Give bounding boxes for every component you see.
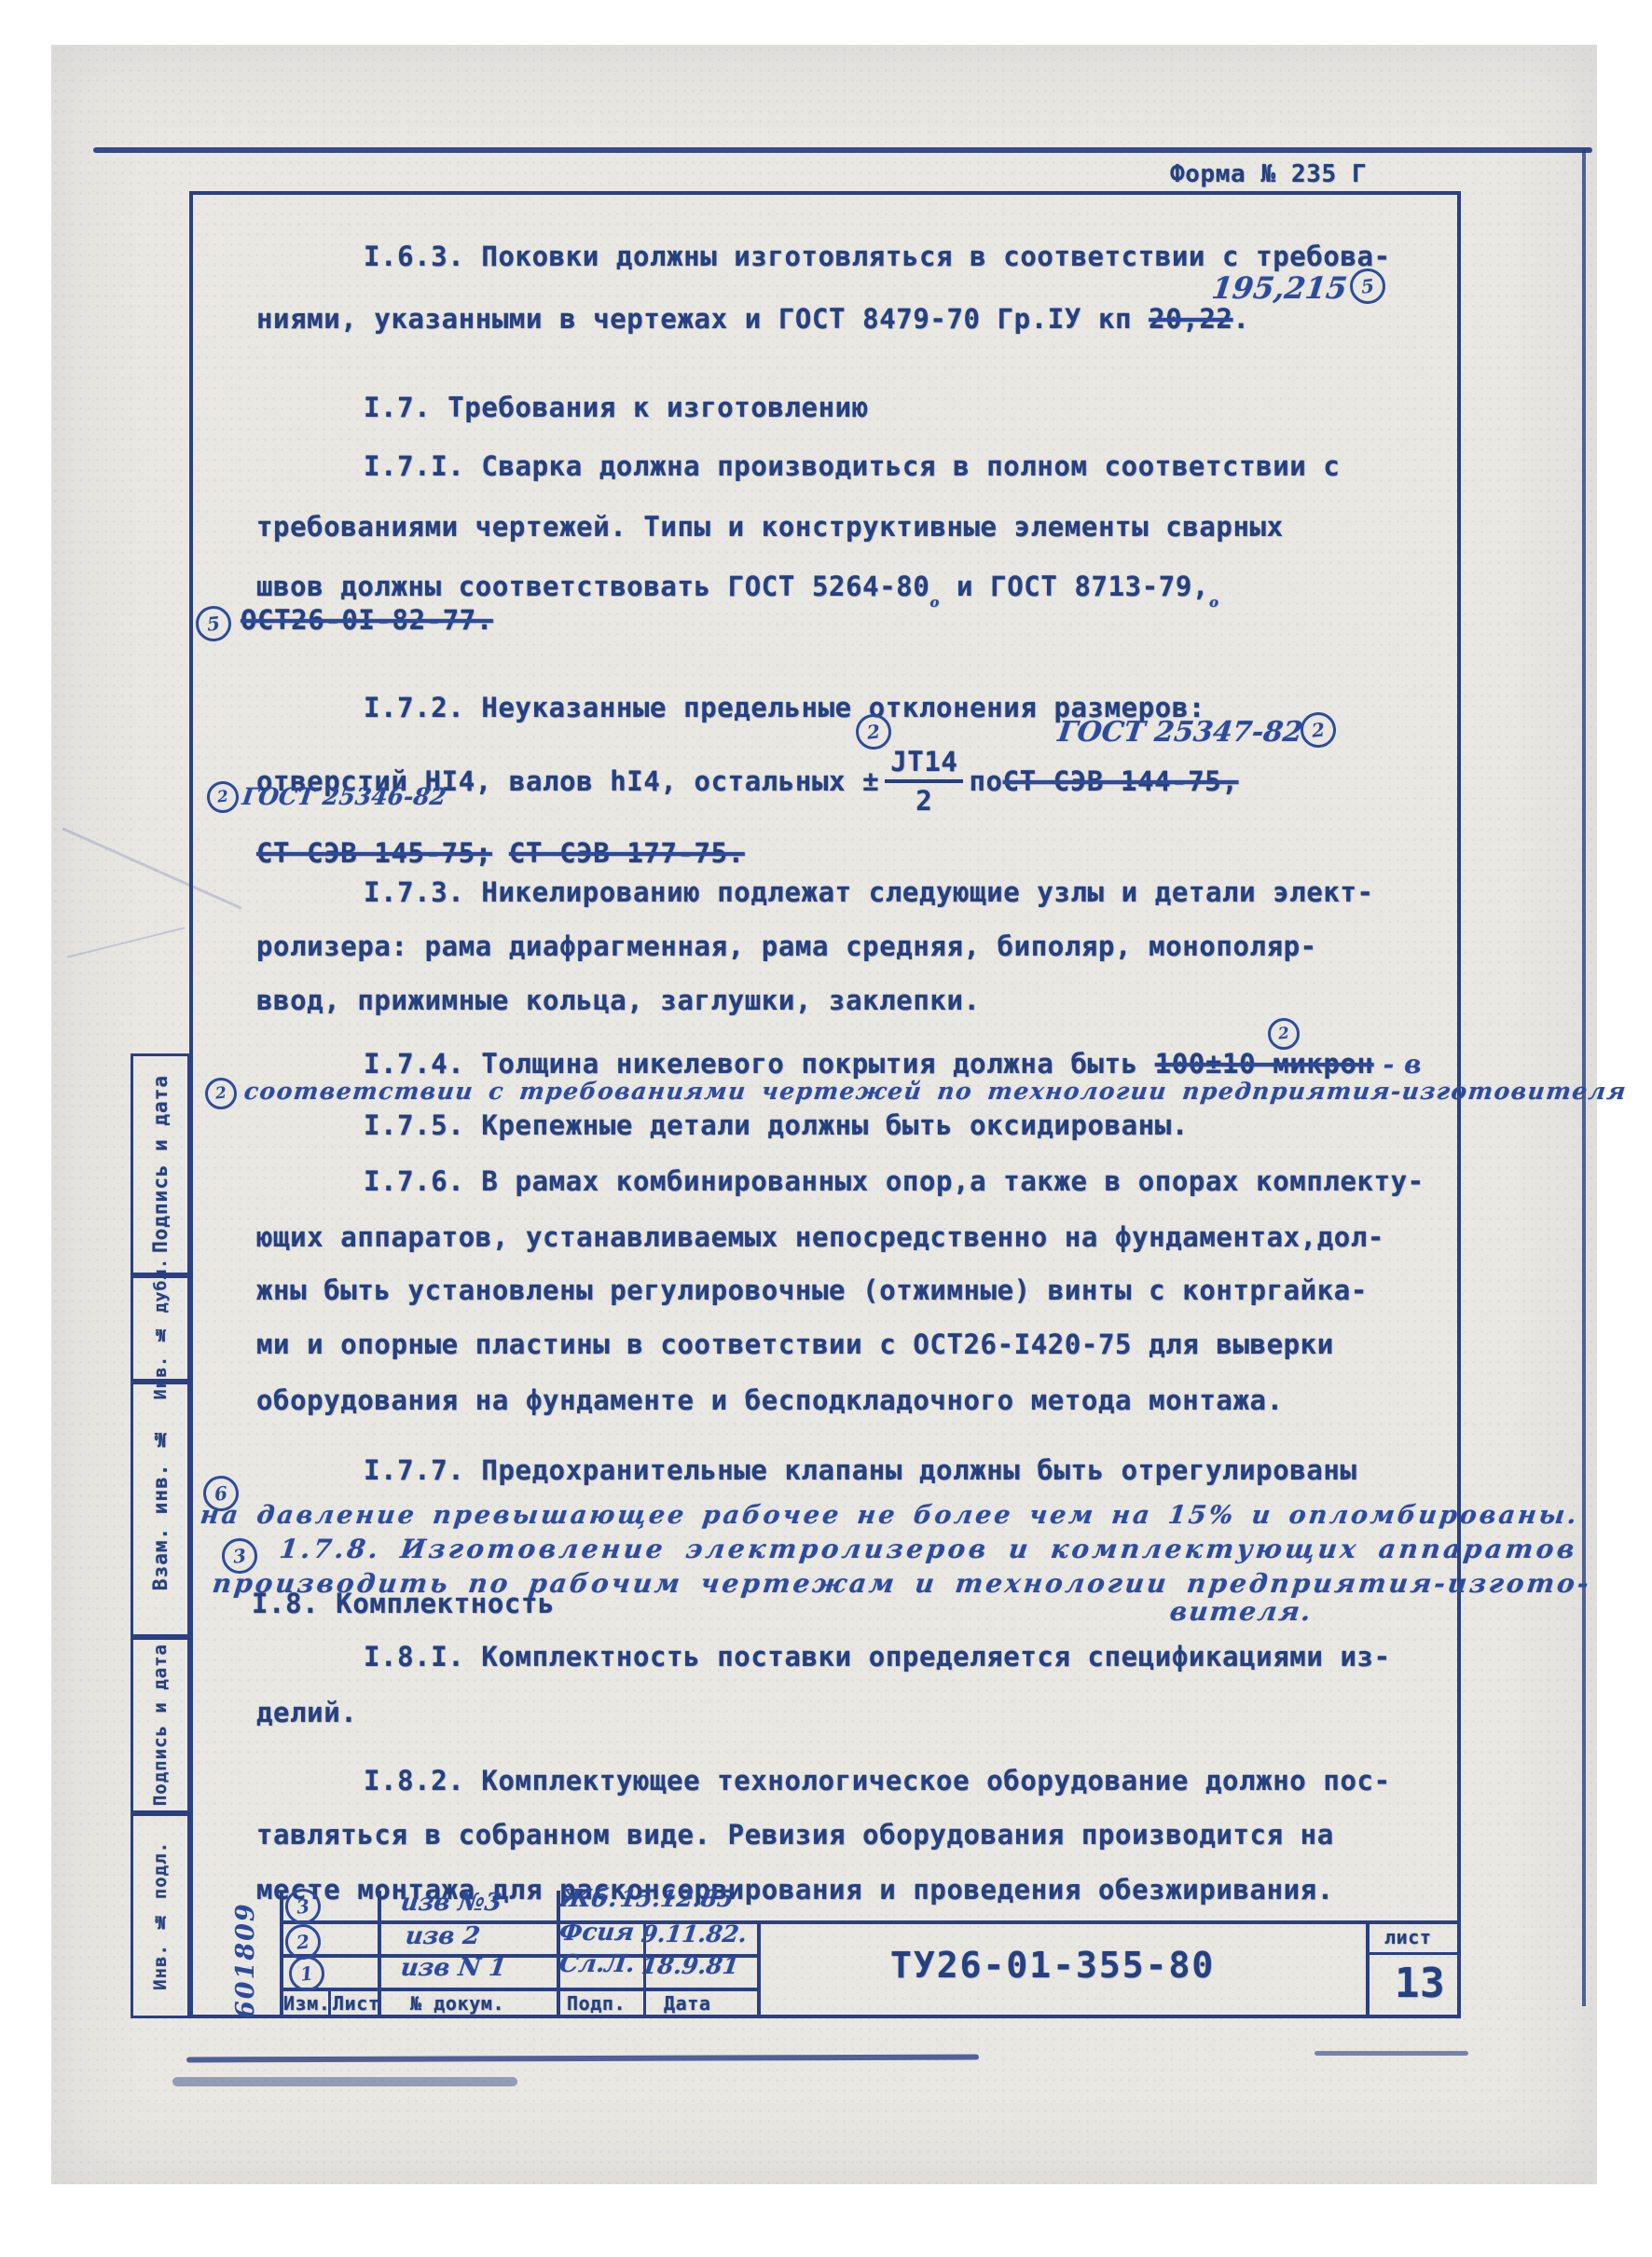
para-1-7-3-line3: ввод, прижимные кольца, заглушки, заклеп… [256, 984, 981, 1016]
change-signature: Сл.Л. [558, 1950, 637, 1978]
handwritten-submark: о [929, 594, 940, 611]
text-segment: и ГОСТ 8713-79, [940, 571, 1209, 602]
para-1-7-4-line1: I.7.4. Толщина никелевого покрытия должн… [364, 1048, 1422, 1080]
sidebar-label: Подпись и дата [149, 1075, 172, 1253]
struck-text: СТ СЭВ 177-75. [509, 837, 745, 869]
annotation-1-7-8-line1: 1.7.8. Изготовление электролизеров и ком… [278, 1534, 1579, 1564]
table-line [757, 1920, 761, 2018]
revision-number: 2 [214, 1083, 227, 1103]
para-1-8-2-line2: тавляться в собранном виде. Ревизия обор… [256, 1819, 1334, 1851]
para-1-7-3-line1: I.7.3. Никелированию подлежат следующие … [364, 876, 1374, 908]
sheet-label: лист [1384, 1926, 1432, 1948]
sidebar-label: Взам. инв. № [149, 1427, 172, 1590]
scan-artifact-smudge [172, 2077, 517, 2086]
text-segment [492, 837, 509, 869]
scan-artifact-line [1315, 2051, 1468, 2056]
sheet-box-left-border [1366, 1920, 1370, 2018]
text-segment: ниями, указанными в чертежах и ГОСТ 8479… [256, 303, 1149, 335]
revision-number: 3 [232, 1544, 247, 1567]
sidebar-label: Инв. № дубл. [151, 1258, 171, 1399]
struck-text: ОСТ26-0I-82-77. [241, 604, 493, 636]
annotation-1-7-7-line: на давление превышающее рабочее не более… [199, 1501, 1580, 1530]
fraction-denominator: 2 [885, 783, 963, 817]
heading-1-7: I.7. Требования к изготовлению [364, 392, 869, 423]
revision-number: 5 [206, 612, 221, 635]
revision-number: 2 [216, 787, 229, 806]
change-number: 1 [299, 1961, 314, 1985]
table-line [280, 1988, 757, 1991]
para-1-6-3-line2: ниями, указанными в чертежах и ГОСТ 8479… [256, 303, 1250, 335]
struck-text: СТ СЭВ 144-75, [1003, 765, 1239, 797]
para-1-7-6-line1: I.7.6. В рамах комбинированных опор,а та… [364, 1165, 1425, 1197]
para-1-7-6-line3: жны быть установлены регулировочные (отж… [256, 1274, 1368, 1306]
sidebar-box-vzam-inv: Взам. инв. № [131, 1382, 190, 1637]
sidebar-label: Инв. № подл. [150, 1841, 171, 1990]
revision-number: 2 [1277, 1024, 1290, 1043]
text-segment: . [1232, 303, 1249, 335]
text-segment: по [969, 765, 1002, 797]
text-segment: I.7.4. Толщина никелевого покрытия должн… [364, 1048, 1155, 1080]
para-1-7-6-line5: оборудования на фундаменте и бесподкладо… [256, 1384, 1284, 1416]
heading-1-8: I.8. Комплектность [252, 1588, 555, 1619]
change-doc: изв 2 [404, 1922, 481, 1950]
handwritten-append: - в [1384, 1049, 1423, 1080]
change-number: 3 [296, 1894, 310, 1918]
struck-text: 20,22 [1149, 303, 1232, 335]
annotation-195-215: 195,215 [1210, 270, 1349, 306]
change-number: 2 [296, 1930, 310, 1953]
sidebar-box-signature-date-2: Подпись и дата [131, 1637, 190, 1813]
change-date: 9.11.82. [640, 1920, 749, 1947]
revision-number: 2 [866, 720, 881, 743]
para-1-7-7: I.7.7. Предохранительные клапаны должны … [364, 1454, 1357, 1486]
sheet-number: 13 [1395, 1960, 1445, 2007]
fraction-numerator: JT14 [885, 746, 963, 783]
table-header-izm: Изм. [283, 1992, 331, 2015]
text-segment: швов должны соответствовать ГОСТ 5264-80 [256, 571, 929, 602]
change-doc: изв №3 [399, 1889, 503, 1917]
para-1-7-1-line1: I.7.I. Сварка должна производиться в пол… [364, 450, 1340, 482]
inventory-number-handwritten: 601809 [231, 1911, 260, 2018]
sidebar-label: Подпись и дата [150, 1644, 171, 1806]
change-date: 18.9.81 [640, 1952, 740, 1979]
para-1-8-1-line1: I.8.I. Комплектность поставки определяет… [364, 1641, 1391, 1672]
para-1-8-1-line2: делий. [256, 1697, 357, 1728]
table-header-doc: № докум. [410, 1992, 504, 2015]
para-1-7-5: I.7.5. Крепежные детали должны быть окси… [364, 1109, 1189, 1141]
change-signature: Жб. [558, 1885, 619, 1913]
sidebar-box-signature-date-1: Подпись и дата [131, 1053, 190, 1275]
table-header-date: Дата [664, 1992, 711, 2015]
para-1-7-2-line3: СТ СЭВ 145-75; СТ СЭВ 177-75. [256, 837, 745, 869]
tolerance-fraction: JT142 [885, 746, 963, 817]
table-header-sign: Подп. [567, 1992, 626, 2015]
outer-top-line [93, 147, 1592, 153]
struck-text: 100±10 микрон [1155, 1048, 1374, 1080]
para-1-6-3-line1: I.6.3. Поковки должны изготовляться в со… [364, 241, 1391, 272]
change-date: 15.12.85 [618, 1885, 735, 1912]
annotation-gost-25346: ГОСТ 25346-82 [241, 783, 447, 810]
handwritten-submark: о [1209, 594, 1219, 611]
form-number-label: Форма № 235 Г [1170, 160, 1367, 188]
annotation-1-7-4-line: соответствии с требованиями чертежей по … [242, 1078, 1629, 1105]
para-1-7-3-line2: ролизера: рама диафрагменная, рама средн… [256, 930, 1317, 962]
sidebar-box-inv-podl: Инв. № подл. [131, 1813, 190, 2018]
change-doc: изв N 1 [399, 1954, 507, 1982]
change-signature: Фсия [558, 1919, 636, 1947]
struck-ost-line: ОСТ26-0I-82-77. [241, 604, 493, 636]
para-1-7-6-line2: ющих аппаратов, устанавливаемых непосред… [256, 1221, 1384, 1253]
para-1-8-2-line1: I.8.2. Комплектующее технологическое обо… [364, 1765, 1391, 1796]
table-header-list: Лист [333, 1992, 380, 2015]
annotation-1-7-8-line3: вителя. [1168, 1596, 1315, 1627]
struck-text: СТ СЭВ 145-75; [256, 837, 492, 869]
sidebar-box-inv-dubl: Инв. № дубл. [131, 1275, 190, 1382]
revision-number: 5 [1360, 274, 1375, 297]
revision-number: 2 [1311, 718, 1326, 741]
document-number: ТУ26-01-355-80 [890, 1945, 1215, 1986]
para-1-7-6-line4: ми и опорные пластины в соответствии с О… [256, 1328, 1334, 1360]
sheet-label-underline [1366, 1952, 1460, 1955]
scanned-document-page: Форма № 235 Г I.6.3. Поковки должны изго… [0, 0, 1652, 2257]
para-1-7-1-line2: требованиями чертежей. Типы и конструкти… [256, 511, 1284, 543]
